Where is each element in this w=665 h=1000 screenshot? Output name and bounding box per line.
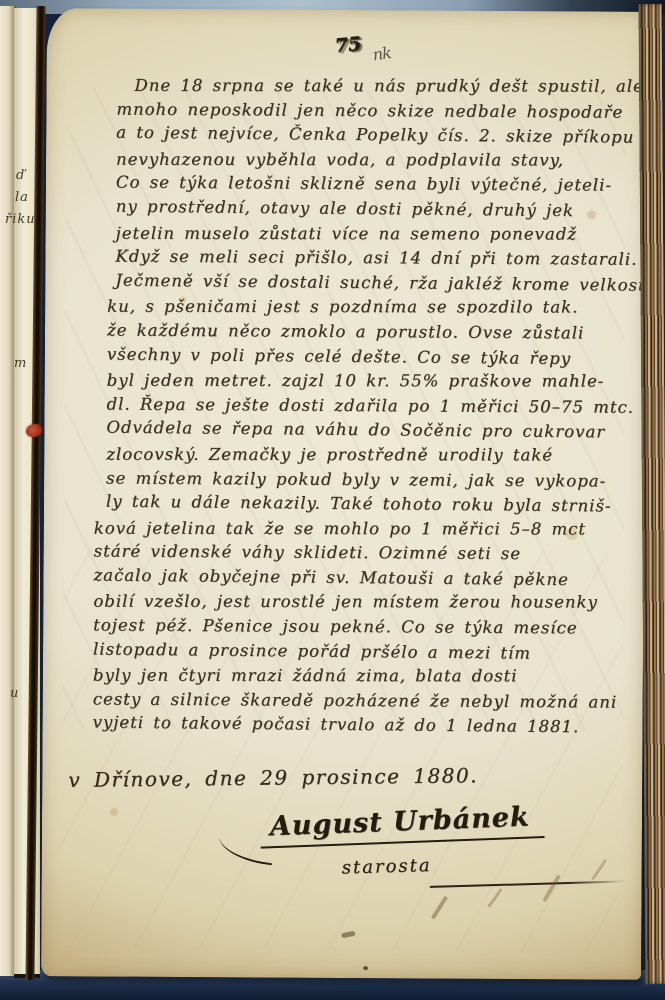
manuscript-line: vyjeti to takové počasi trvalo až do 1 l… — [92, 711, 636, 741]
facing-page-text-fragment: ď — [16, 168, 25, 183]
facing-page-text-fragment: řiku — [5, 212, 36, 227]
manuscript-line: všechny v poli přes celé dešte. Co se tý… — [107, 342, 639, 372]
dateline: v Dřínove, dne 29 prosince 1880. — [68, 763, 478, 792]
ink-smudge — [542, 874, 561, 902]
manuscript-page: 75 nk Dne 18 srpna se také u nás prudký … — [41, 8, 647, 980]
manuscript-line: ková jetelina tak že se mohlo po 1 měřic… — [94, 516, 638, 542]
ink-smudge — [363, 966, 368, 970]
signature-name: August Urbánek — [259, 801, 544, 849]
manuscript-line: zlocovský. Zemačky je prostředně urodily… — [106, 443, 638, 469]
manuscript-line: Když se meli seci přišlo, asi 14 dní při… — [115, 245, 639, 273]
manuscript-line: byly jen čtyri mrazi žádná zima, blata d… — [93, 664, 637, 690]
signature-underline — [430, 880, 626, 888]
ink-smudge — [431, 896, 448, 920]
page-number-mark: 75 — [334, 33, 362, 57]
book-fore-edge-pages — [639, 4, 665, 984]
manuscript-photo: ď la řiku m u 75 nk Dne 18 srpna se také… — [0, 0, 665, 1000]
manuscript-line: Ječmeně vší se dostali suché, rža jakléž… — [115, 268, 639, 298]
manuscript-line: jetelin muselo zůstati více na semeno po… — [116, 221, 640, 247]
facing-page-text-fragment: u — [10, 686, 19, 701]
facing-page-text-fragment: la — [15, 190, 29, 205]
manuscript-line: listopadu a prosince pořád pršélo a mezi… — [93, 637, 637, 667]
manuscript-line: že každému něco zmoklo a porustlo. Ovse … — [107, 318, 639, 346]
manuscript-line: nevyhazenou vyběhla voda, a podplavila s… — [116, 148, 640, 174]
manuscript-body: Dne 18 srpna se také u nás prudký dešt s… — [81, 72, 641, 739]
manuscript-line: obilí vzešlo, jest urostlé jen místem že… — [93, 590, 637, 616]
ink-smudge — [591, 859, 607, 881]
facing-page-text-fragment: m — [14, 356, 27, 371]
manuscript-line: ly tak u dále nekazily. Také tohoto roku… — [106, 490, 638, 520]
manuscript-line: a to jest nejvíce, Čenka Popelky čís. 2.… — [116, 121, 640, 151]
manuscript-line: ku, s pšeničami jest s pozdníma se spozd… — [107, 295, 639, 321]
manuscript-line: ny prostřední, otavy ale dosti pěkné, dr… — [116, 195, 640, 225]
manuscript-line: začalo jak obyčejne při sv. Matouši a ta… — [93, 563, 637, 593]
ink-smudge — [487, 888, 502, 908]
manuscript-line: Dne 18 srpna se také u nás prudký dešt s… — [134, 74, 640, 99]
manuscript-line: byl jeden metret. zajzl 10 kr. 55% prašk… — [107, 369, 639, 395]
pencil-scribble-mark: nk — [372, 43, 392, 64]
signature-title: starosta — [341, 855, 431, 879]
ink-smudge — [341, 931, 356, 939]
manuscript-line: tojest péž. Pšenice jsou pekné. Co se tý… — [93, 614, 637, 642]
manuscript-line: Odvádela se řepa na váhu do Sočěnic pro … — [106, 416, 638, 446]
